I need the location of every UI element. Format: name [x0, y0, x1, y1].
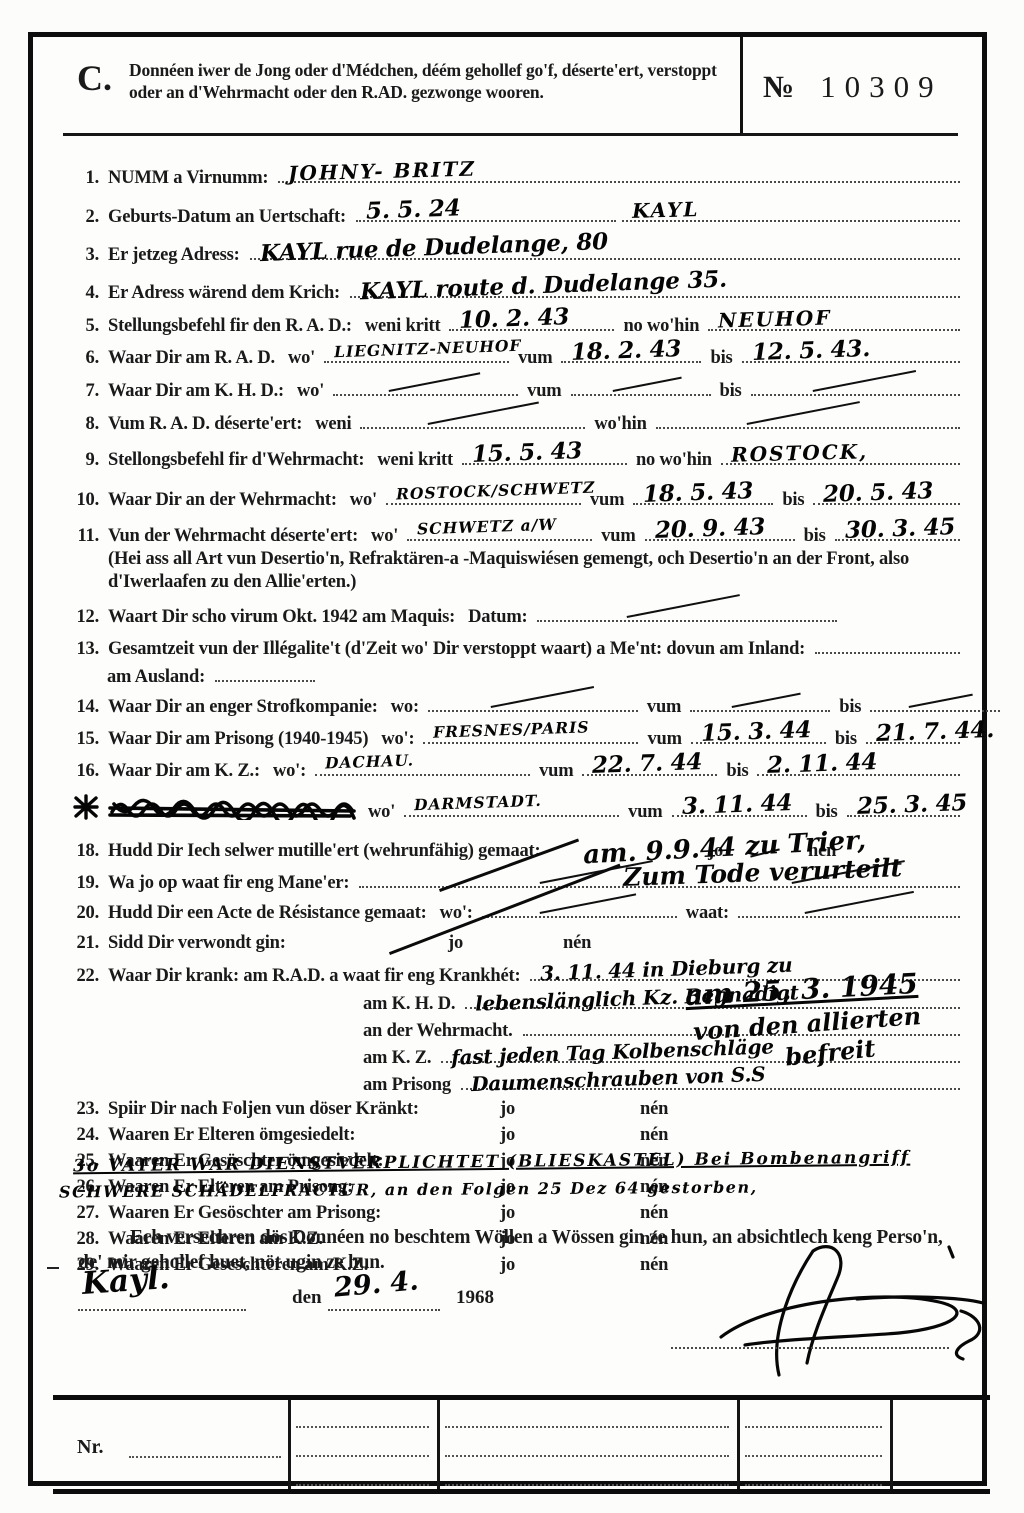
- form-row-8.: 8.Vum R. A. D. déserte'ert:weniwo'hin: [63, 408, 963, 436]
- item-label: Sidd Dir verwondt gin:: [108, 931, 286, 955]
- table-divider: [437, 1400, 440, 1489]
- item-number: 5.: [63, 314, 108, 338]
- item-note: (Hei ass all Art vun Desertio'n, Refrakt…: [63, 548, 968, 594]
- pen-dash: [750, 848, 780, 857]
- handwritten-answer: 18. 2. 43: [571, 337, 682, 365]
- item-label: Geburts-Datum an Uertschaft:: [108, 205, 346, 229]
- item-label: Vun der Wehrmacht déserte'ert:: [108, 524, 358, 548]
- field-label: vum: [527, 379, 561, 403]
- option-jo: jo: [500, 1149, 515, 1173]
- handwritten-answer: NEUHOF: [718, 306, 832, 333]
- form-row-27.: 27.Waaren Er Gesöschter am Prisong:jonén: [63, 1201, 963, 1225]
- item-label: Hudd Dir een Acte de Résistance gemaat:: [108, 901, 427, 925]
- table-dotted-line: [745, 1426, 882, 1428]
- item-label: an der Wehrmacht.: [363, 1020, 513, 1042]
- item-number: 4.: [63, 281, 108, 305]
- handwritten-answer: JOHNY- BRITZ: [288, 157, 477, 186]
- item-label: Wa jo op waat fir eng Mane'er:: [108, 871, 349, 895]
- handwritten-answer: 5. 5. 24: [366, 196, 461, 223]
- option-nen: nén: [808, 839, 836, 863]
- form-row-20.: 20.Hudd Dir een Acte de Résistance gemaa…: [63, 897, 963, 925]
- answer-line: DARMSTADT.: [404, 796, 619, 817]
- item-label: Waar Dir an enger Strofkompanie:: [108, 695, 378, 719]
- field-label: vum: [590, 488, 624, 512]
- field-label: bis: [816, 800, 838, 824]
- form-row-26.: 26.Waaren Er Elteren am Prisong:jonén: [63, 1175, 963, 1199]
- answer-line: DACHAU.: [315, 755, 530, 776]
- answer-line: 15. 5. 43: [462, 444, 627, 465]
- item-number: 1.: [63, 166, 108, 190]
- form-row-6.: 6.Waar Dir am R. A. D.wo'LIEGNITZ-NEUHOF…: [63, 342, 963, 370]
- form-frame: C. Donnéen iwer de Jong oder d'Médchen, …: [28, 32, 987, 1486]
- pen-stroke: [428, 402, 539, 425]
- table-dotted-line: [296, 1455, 429, 1457]
- table-dotted-line: [445, 1426, 729, 1428]
- field-label: wo': [288, 346, 315, 370]
- answer-line: ROSTOCK/SCHWETZ: [386, 484, 581, 505]
- form-row-4.: 4.Er Adress wärend dem Krich:KAYL route …: [63, 277, 963, 305]
- handwritten-answer: LIEGNITZ-NEUHOF: [334, 334, 522, 365]
- item-number: 15.: [63, 727, 108, 751]
- form-row-7.: 7.Waar Dir am K. H. D.:wo'vumbis: [63, 375, 963, 403]
- answer-line: KAYL rue de Dudelange, 80: [250, 239, 960, 260]
- handwritten-answer: 10. 2. 43: [459, 305, 570, 333]
- header-divider: [740, 37, 743, 133]
- answer-line: SCHWETZ a/W: [407, 520, 592, 541]
- item-number: 26.: [63, 1175, 108, 1199]
- answer-line: [333, 375, 518, 396]
- item-label: Hudd Dir Iech selwer mutille'ert (wehrun…: [108, 839, 540, 863]
- form-number-value: 10309: [820, 69, 943, 104]
- handwritten-answer: DARMSTADT.: [414, 789, 543, 817]
- option-nen: nén: [640, 1097, 668, 1121]
- form-row-12.: 12.Waart Dir scho virum Okt. 1942 am Maq…: [63, 601, 963, 629]
- item-number: 25.: [63, 1149, 108, 1173]
- table-dotted-line: [296, 1484, 429, 1486]
- answer-line: 30. 3. 45: [835, 520, 960, 541]
- form-number: №10309: [763, 69, 983, 105]
- handwritten-answer: ROSTOCK,: [731, 439, 869, 467]
- footer-table: Nr.: [53, 1395, 990, 1494]
- table-dotted-line: [445, 1484, 729, 1486]
- answer-line: NEUHOF: [708, 310, 960, 331]
- item-number: 6.: [63, 346, 108, 370]
- form-row-18.: 18.Hudd Dir Iech selwer mutille'ert (weh…: [63, 839, 963, 863]
- answer-line: [690, 691, 830, 712]
- item-number: 3.: [63, 243, 108, 267]
- item-label: Waaren Er Gesöschter am Prisong:: [108, 1201, 381, 1225]
- header-rule: [63, 133, 958, 136]
- form-row-10.: 10.Waar Dir an der Wehrmacht:wo'ROSTOCK/…: [63, 484, 963, 512]
- form-row-17.: wo'DARMSTADT.vum3. 11. 44bis25. 3. 45: [63, 791, 963, 824]
- answer-line: fast jeden Tag Kolbenschläge: [441, 1042, 960, 1063]
- answer-line: [360, 408, 585, 429]
- answer-line: 18. 2. 43: [561, 342, 701, 363]
- item-label: am K. H. D.: [363, 993, 455, 1015]
- field-label: vum: [539, 759, 573, 783]
- item-number: 21.: [63, 931, 108, 955]
- field-label: no wo'hin: [636, 448, 712, 472]
- handwritten-answer: 2. 11. 44: [767, 750, 878, 778]
- field-label: weni kritt: [377, 448, 453, 472]
- field-label: wo':: [381, 727, 414, 751]
- item-label: am Ausland:: [107, 666, 205, 689]
- form-row-am K. H. D.: am K. H. D.lebenslänglich Kz. Begnadigt: [63, 988, 963, 1015]
- field-label: wo': [371, 524, 398, 548]
- answer-line: lebenslänglich Kz. Begnadigt: [465, 988, 960, 1009]
- field-label: bis: [804, 524, 826, 548]
- answer-line: [738, 897, 960, 918]
- option-nen: nén: [640, 1201, 668, 1225]
- option-nen: nén: [640, 1123, 668, 1147]
- form-row-an der Wehrmacht.: an der Wehrmacht.: [63, 1015, 963, 1042]
- section-letter: C.: [77, 57, 112, 99]
- pen-stroke: [813, 370, 916, 392]
- answer-line: 10. 2. 43: [449, 310, 614, 331]
- form-row-am K. Z.: am K. Z.fast jeden Tag Kolbenschläge: [63, 1042, 963, 1069]
- handwritten-answer: 15. 5. 43: [472, 439, 583, 467]
- pen-dash: [47, 1267, 59, 1269]
- handwritten-answer: ROSTOCK/SCHWETZ: [396, 476, 596, 507]
- field-label: bis: [835, 727, 857, 751]
- pen-stroke: [909, 694, 973, 708]
- item-number: 11.: [63, 524, 108, 548]
- item-number: 22.: [63, 964, 108, 988]
- date-line: Kayl. den 29. 4. 1968: [78, 1279, 578, 1339]
- item-number: 8.: [63, 412, 108, 436]
- table-divider: [288, 1400, 291, 1489]
- field-label: no wo'hin: [623, 314, 699, 338]
- field-label: wo': [368, 800, 395, 824]
- answer-line: FRESNES/PARIS: [423, 723, 638, 744]
- answer-line: [571, 375, 711, 396]
- date-line-dots: [328, 1309, 440, 1311]
- handwritten-answer: 25. 3. 45: [856, 791, 967, 819]
- handwritten-answer: KAYL rue de Dudelange, 80: [259, 230, 608, 266]
- item-number: 18.: [63, 839, 108, 863]
- option-nen: nén: [640, 1175, 668, 1199]
- handwritten-answer: 3. 11. 44 in Dieburg zu: [540, 953, 793, 986]
- option-jo: jo: [500, 1097, 515, 1121]
- form-description: Donnéen iwer de Jong oder d'Médchen, déé…: [129, 59, 721, 104]
- field-label: wo'hin: [594, 412, 646, 436]
- form-row-15.: 15.Waar Dir am Prisong (1940-1945)wo':FR…: [63, 723, 963, 751]
- pen-stroke: [388, 372, 479, 392]
- answer-line: 12. 5. 43.: [742, 342, 960, 363]
- item-number: 7.: [63, 379, 108, 403]
- nr-label: Nr.: [77, 1436, 103, 1459]
- item-label: Waaren Er Elteren ömgesiedelt:: [108, 1123, 355, 1147]
- field-label: weni kritt: [365, 314, 441, 338]
- field-label: bis: [720, 379, 742, 403]
- field-label: vum: [518, 346, 552, 370]
- item-label: Stellungsbefehl fir den R. A. D.:: [108, 314, 352, 338]
- pen-stroke: [540, 893, 636, 914]
- answer-line: 15. 3. 44: [691, 723, 826, 744]
- handwritten-answer: DACHAU.: [325, 748, 415, 775]
- answer-line: [751, 375, 960, 396]
- item-label: Er jetzeg Adress:: [108, 243, 240, 267]
- handwritten-answer: 20. 5. 43: [823, 479, 934, 507]
- field-label: vum: [647, 695, 681, 719]
- item-label: Waar Dir am Prisong (1940-1945): [108, 727, 368, 751]
- item-number: 2.: [63, 205, 108, 229]
- field-label: bis: [839, 695, 861, 719]
- field-label: wo:: [391, 695, 419, 719]
- item-label: Waar Dir am K. Z.:: [108, 759, 260, 783]
- pen-stroke: [612, 377, 681, 392]
- option-nen: nén: [563, 931, 591, 955]
- handwritten-answer: 20. 9. 43: [654, 515, 765, 543]
- form-row-2.: 2.Geburts-Datum an Uertschaft:5. 5. 24KA…: [63, 201, 963, 229]
- table-dotted-line: [745, 1455, 882, 1457]
- place-line: [78, 1309, 246, 1311]
- item-label: Gesamtzeit vun der Illégalite't (d'Zeit …: [108, 637, 805, 661]
- answer-line: KAYL: [622, 201, 960, 222]
- pen-stroke: [626, 594, 739, 618]
- item-number: 19.: [63, 871, 108, 895]
- item-label: Waaren Er Elteren am Prisong:: [108, 1175, 353, 1199]
- handwritten-answer: 15. 3. 44: [700, 718, 811, 746]
- form-row-25.: 25.Waaren Er Gesöschter ömgesiedelt:joné…: [63, 1149, 963, 1173]
- handwritten-answer: 30. 3. 45: [844, 515, 955, 543]
- form-row-16.: 16.Waar Dir am K. Z.:wo':DACHAU.vum22. 7…: [63, 755, 963, 783]
- answer-line: 20. 9. 43: [645, 520, 795, 541]
- answer-line: [815, 633, 960, 654]
- item-number: [63, 791, 108, 824]
- item-label: Vum R. A. D. déserte'ert:: [108, 412, 302, 436]
- field-label: wo':: [273, 759, 306, 783]
- handwritten-answer: KAYL: [632, 197, 700, 223]
- handwritten-answer: KAYL route d. Dudelange 35.: [360, 268, 728, 305]
- item-label: Waar Dir krank: am R.A.D. a waat fir eng…: [108, 964, 520, 988]
- answer-line: LIEGNITZ-NEUHOF: [324, 342, 509, 363]
- field-label: vum: [628, 800, 662, 824]
- field-label: bis: [782, 488, 804, 512]
- item-label: Waart Dir scho virum Okt. 1942 am Maquis…: [108, 605, 455, 629]
- field-label: bis: [726, 759, 748, 783]
- answer-line: [215, 661, 315, 682]
- answer-line: 2. 11. 44: [757, 755, 960, 776]
- answer-line: [523, 1015, 960, 1036]
- answer-line: [870, 691, 1000, 712]
- pen-stroke: [732, 693, 801, 708]
- item-number: 14.: [63, 695, 108, 719]
- numero-sign: №: [763, 69, 794, 104]
- item-label: am Prisong: [363, 1074, 451, 1096]
- item-label: Stellongsbefehl fir d'Wehrmacht:: [108, 448, 364, 472]
- handwritten-answer: 3. 11. 44: [681, 791, 792, 819]
- scribbled-out-label: [108, 796, 356, 820]
- form-row-21.: 21.Sidd Dir verwondt gin:jonén: [63, 931, 963, 955]
- handwritten-answer: 22. 7. 44: [592, 750, 703, 778]
- handwritten-answer: 21. 7. 44.: [875, 718, 994, 746]
- field-label: wo': [297, 379, 324, 403]
- answer-line: [656, 408, 960, 429]
- item-number: 27.: [63, 1201, 108, 1225]
- signature-line: [671, 1347, 949, 1349]
- option-jo: jo: [500, 1123, 515, 1147]
- item-label: Waaren Er Gesöschter ömgesiedelt:: [108, 1149, 383, 1173]
- handwritten-answer: FRESNES/PARIS: [433, 715, 590, 744]
- item-label: NUMM a Virnumm:: [108, 166, 268, 190]
- field-label: wo': [350, 488, 377, 512]
- pen-stroke: [747, 401, 860, 425]
- item-label: Er Adress wärend dem Krich:: [108, 281, 340, 305]
- table-dotted-line: [445, 1455, 729, 1457]
- answer-line: KAYL route d. Dudelange 35.: [350, 277, 960, 298]
- form-row-14.: 14.Waar Dir an enger Strofkompanie:wo:vu…: [63, 691, 963, 719]
- form-row-24.: 24.Waaren Er Elteren ömgesiedelt:jonén: [63, 1123, 963, 1147]
- item-number: 10.: [63, 488, 108, 512]
- document-page: C. Donnéen iwer de Jong oder d'Médchen, …: [0, 0, 1024, 1513]
- item-number: 23.: [63, 1097, 108, 1121]
- answer-line: JOHNY- BRITZ: [278, 162, 960, 183]
- form-row-5.: 5.Stellungsbefehl fir den R. A. D.:weni …: [63, 310, 963, 338]
- answer-line: [428, 691, 638, 712]
- form-rows: 1.NUMM a Virnumm:JOHNY- BRITZ2.Geburts-D…: [63, 154, 963, 1277]
- field-label: vum: [647, 727, 681, 751]
- answer-line: 18. 5. 43: [633, 484, 773, 505]
- answer-line: 21. 7. 44.: [866, 723, 960, 744]
- answer-line: Daumenschrauben von S.S: [461, 1069, 960, 1090]
- handwritten-answer: SCHWETZ a/W: [417, 513, 558, 542]
- field-label: bis: [710, 346, 732, 370]
- form-row-23.: 23.Spiir Dir nach Foljen vun döser Kränk…: [63, 1097, 963, 1121]
- item-label: Spiir Dir nach Foljen vun döser Kränkt:: [108, 1097, 419, 1121]
- item-label: Waar Dir an der Wehrmacht:: [108, 488, 337, 512]
- form-row-11.: 11.Vun der Wehrmacht déserte'ert:wo'SCHW…: [63, 520, 963, 548]
- option-jo: jo: [708, 839, 723, 863]
- item-number: 9.: [63, 448, 108, 472]
- option-jo: jo: [500, 1175, 515, 1199]
- table-divider: [890, 1400, 893, 1489]
- handwritten-answer: 12. 5. 43.: [751, 337, 870, 365]
- option-jo: jo: [448, 931, 463, 955]
- item-number: 12.: [63, 605, 108, 629]
- item-number: 13.: [63, 637, 108, 661]
- pen-stroke: [791, 860, 904, 884]
- form-row-1.: 1.NUMM a Virnumm:JOHNY- BRITZ: [63, 162, 963, 190]
- item-number: 20.: [63, 901, 108, 925]
- form-row-9.: 9.Stellongsbefehl fir d'Wehrmacht:weni k…: [63, 444, 963, 472]
- table-dotted-line: [296, 1426, 429, 1428]
- form-row-13.: 13.Gesamtzeit vun der Illégalite't (d'Ze…: [63, 633, 963, 661]
- item-label: Waar Dir am K. H. D.:: [108, 379, 284, 403]
- field-label: weni: [315, 412, 351, 436]
- item-label: Waar Dir am R. A. D.: [108, 346, 275, 370]
- form-row-19.: 19.Wa jo op waat fir eng Mane'er:: [63, 867, 963, 895]
- form-row-22.: 22.Waar Dir krank: am R.A.D. a waat fir …: [63, 960, 963, 988]
- answer-line: 25. 3. 45: [847, 796, 960, 817]
- field-label: vum: [601, 524, 635, 548]
- year-label: 1968: [456, 1287, 494, 1309]
- answer-line: [537, 601, 837, 622]
- option-nen: nén: [640, 1149, 668, 1173]
- item-label: am K. Z.: [363, 1047, 431, 1069]
- answer-line: ROSTOCK,: [721, 444, 960, 465]
- answer-line: 22. 7. 44: [582, 755, 717, 776]
- table-dotted-line: [745, 1484, 882, 1486]
- field-label: waat:: [686, 901, 729, 925]
- item-number: 16.: [63, 759, 108, 783]
- form-row-3.: 3.Er jetzeg Adress:KAYL rue de Dudelange…: [63, 239, 963, 267]
- field-label: Datum:: [468, 605, 527, 629]
- answer-line: 20. 5. 43: [813, 484, 960, 505]
- table-divider: [737, 1400, 740, 1489]
- answer-line: 5. 5. 24: [356, 201, 616, 222]
- item-number: 24.: [63, 1123, 108, 1147]
- form-row-am Ausland:: am Ausland:: [63, 661, 963, 689]
- form-row-am Prisong: am PrisongDaumenschrauben von S.S: [63, 1069, 963, 1096]
- pen-stroke: [491, 686, 594, 708]
- option-jo: jo: [500, 1201, 515, 1225]
- answer-line: 3. 11. 44: [672, 796, 807, 817]
- nr-line: [129, 1456, 281, 1458]
- handwritten-answer: 18. 5. 43: [643, 479, 754, 507]
- den-label: den: [292, 1287, 322, 1309]
- answer-line: 3. 11. 44 in Dieburg zu: [530, 960, 960, 981]
